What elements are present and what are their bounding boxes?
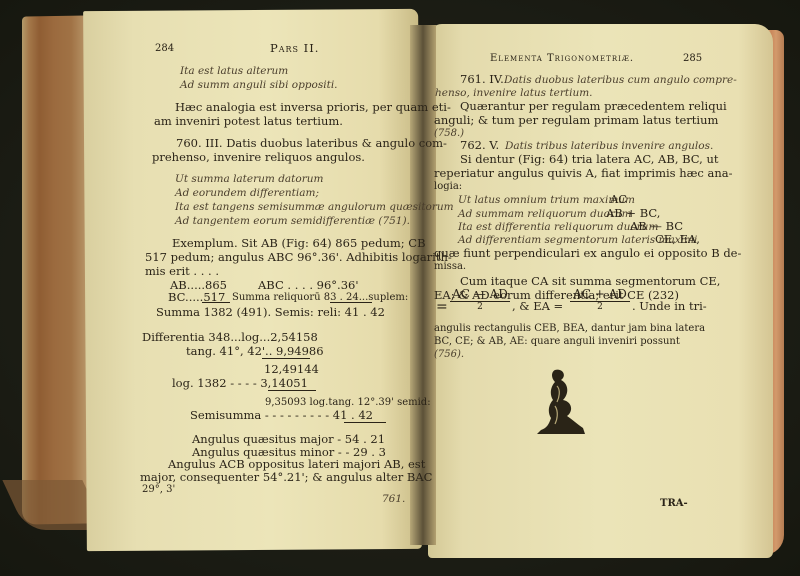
text-line: am inveniri potest latus tertium.: [154, 114, 343, 128]
text-line: angulis rectangulis CEB, BEA, dantur jam…: [434, 322, 705, 336]
text-line: missa.: [434, 260, 466, 274]
text-line: Summa reliquorū 83 . 24...suplem:: [232, 291, 408, 305]
text-line: Cum itaque CA sit summa segmentorum CE,: [460, 274, 720, 288]
text-line: Exemplum. Sit AB (Fig: 64) 865 pedum; CB: [172, 236, 426, 250]
text-line: Semisumma - - - - - - - - - 41 . 42: [190, 408, 373, 422]
text-line: henso, invenire latus tertium.: [435, 86, 593, 100]
text-line: (756).: [434, 348, 464, 362]
catchword: TRA-: [660, 497, 688, 511]
text-line: Ad eorundem differentiam;: [175, 186, 319, 200]
sum-rule: [268, 390, 316, 391]
text-line: CE, EA,: [655, 232, 700, 246]
text-line: prehenso, invenire reliquos angulos.: [152, 150, 365, 164]
section-heading: Datis duobus lateribus cum angulo compre…: [504, 73, 737, 87]
text-line: anguli; & tum per regulam primam latus t…: [434, 113, 718, 127]
text-line: Si dentur (Fig: 64) tria latera AC, AB, …: [460, 152, 719, 166]
fraction-numerator: AC + AD: [570, 287, 630, 302]
text-line: Summa 1382 (491). Semis: reli: 41 . 42: [156, 305, 385, 319]
text-line: logia:: [434, 180, 462, 194]
sum-rule: [344, 422, 386, 423]
text-line: Angulus ACB oppositus lateri majori AB, …: [168, 457, 425, 471]
text-line: Quærantur per regulam præcedentem reliqu…: [460, 99, 727, 113]
text-line: Ad summ anguli sibi oppositi.: [180, 78, 338, 92]
fraction-numerator: AC — AD: [450, 287, 510, 302]
text-line: , & EA =: [512, 299, 563, 313]
section-heading: 760. III. Datis duobus lateribus & angul…: [176, 136, 447, 150]
fraction: AC + AD 2: [570, 287, 630, 312]
text-line: tang. 41°, 42'.. 9,94986: [186, 344, 324, 358]
text-line: Hæc analogia est inversa prioris, per qu…: [175, 100, 451, 114]
text-line: reperiatur angulus quivis A, fiat imprim…: [434, 166, 733, 180]
text-line: BC, CE; & AB, AE: quare anguli inveniri …: [434, 335, 680, 349]
text-line: Differentia 348...log...2,54158: [142, 330, 318, 344]
ornament-icon: [533, 366, 589, 438]
text-line: ABC . . . . 96°.36': [258, 278, 359, 292]
catchword: 761.: [382, 492, 405, 506]
text-line: Ut latus omnium trium maximum: [458, 193, 635, 207]
text-line: AB + BC,: [606, 206, 660, 220]
text-line: mis erit . . . .: [145, 264, 219, 278]
page-number: 285: [683, 52, 702, 66]
text-line: 517 pedum; angulus ABC 96°.36'. Adhibiti…: [145, 250, 452, 264]
text-line: AB — BC: [630, 219, 683, 233]
book-left-edge: [22, 15, 92, 524]
text-line: Ad tangentem eorum semidifferentiæ (751)…: [175, 214, 410, 228]
text-line: Angulus quæsitus major - 54 . 21: [192, 432, 385, 446]
fraction-denominator: 2: [570, 302, 630, 312]
sum-rule: [202, 302, 230, 303]
text-line: Ita est differentia reliquorum duorum: [458, 220, 658, 234]
text-line: Ita est tangens semisummæ angulorum quæs…: [175, 200, 454, 214]
text-line: Ut summa laterum datorum: [175, 172, 323, 186]
sum-rule: [262, 358, 310, 359]
section-number: 762. V.: [460, 138, 499, 152]
text-line: 12,49144: [264, 362, 319, 376]
text-line: 29°, 3': [142, 483, 175, 497]
running-head: Pars II.: [270, 41, 319, 55]
text-line: log. 1382 - - - - 3,14051: [172, 376, 308, 390]
fraction-denominator: 2: [450, 302, 510, 312]
text-line: quæ fiunt perpendiculari ex angulo ei op…: [434, 246, 741, 260]
sum-rule: [330, 302, 372, 303]
text-line: . Unde in tri-: [632, 299, 707, 313]
section-number: 761. IV.: [460, 72, 504, 86]
fraction: AC — AD 2: [450, 287, 510, 312]
text-line: Ita est latus alterum: [180, 64, 288, 78]
text-line: major, consequenter 54°.21'; & angulus a…: [140, 470, 432, 484]
running-head: Elementa Trigonometriæ.: [490, 52, 634, 66]
equals-sign: =: [436, 300, 448, 314]
page-number: 284: [155, 42, 174, 56]
section-heading: Datis tribus lateribus invenire angulos.: [505, 139, 713, 153]
text-line: AC: [610, 192, 627, 206]
